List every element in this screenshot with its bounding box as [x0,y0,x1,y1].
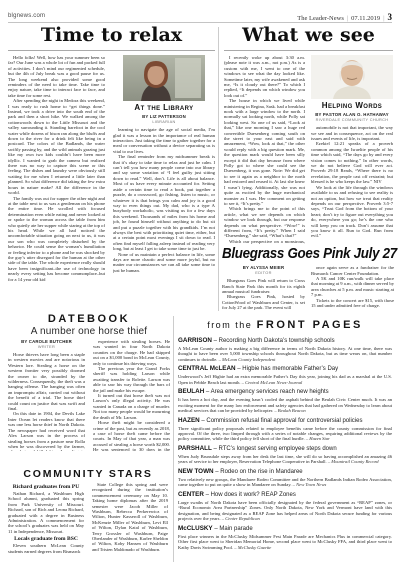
community-stars-section: COMMUNITY STARS Richard graduates from P… [8,468,168,566]
front-pages-headline: Main parade [219,526,252,532]
article-column: At the Library BY LIZ PATTERSON LIBRARIA… [113,55,215,311]
section-title: DATEBOOK [8,313,170,325]
front-pages-source: – Mountrail County Record [328,459,379,464]
front-pages-item: CENTER – How does it work? REAP Zones La… [178,491,392,521]
article-column: experience with stealing horses. He was … [93,339,170,451]
paragraph: The final reminder from my midsummer bre… [113,154,215,251]
front-pages-town: HAZEN [178,417,200,424]
front-pages-body: First place winners in the McClusky Mids… [178,534,392,550]
dash: – [214,338,217,344]
front-pages-body: Large swaths of North Dakota have been o… [178,500,392,521]
article-column-text: Horse thieves have long been a staple in… [8,352,85,451]
front-pages-title: FRONT PAGES [257,319,363,331]
paper-name: The Leader-News [297,15,344,22]
paragraph: The previous year the Grand Forks sherif… [93,366,170,393]
paragraph: We look at the life through the windows … [311,185,393,239]
section-title: from the FRONT PAGES [178,315,392,333]
front-pages-item: NEW TOWN – Rodeo on the rise in Mandaree… [178,468,392,488]
front-pages-town: CENTRAL McLEAN [178,365,236,372]
paragraph: experience with stealing horses. He was … [93,339,170,366]
front-pages-source: – McClusky Gazette [234,545,271,550]
byline-role: RIVERDALE COMMUNITY CHURCH [311,117,393,122]
front-pages-item: BEULAH – Area emergency services reach n… [178,388,392,413]
front-pages-section: from the FRONT PAGES GARRISON – Recordin… [178,315,392,563]
byline-role: WRITER [8,344,85,349]
what-we-see-article: What we see I recently woke up about 3:3… [224,26,393,245]
paragraph: Bluegrass Goes Pink will return to Cross… [222,278,305,294]
article-column-text: automobile is not that important, the wa… [311,125,393,239]
story-subhead: Richard graduates from PU [8,484,84,490]
paragraph: Bluegrass Goes Pink, hosted by CottonWoo… [222,294,305,310]
issue-line: The Leader-News|07.11.2019|3 [297,12,392,22]
dash: – [215,469,218,475]
front-pages-item: GARRISON – Recording North Dakota’s town… [178,337,392,362]
column-divider [173,316,174,562]
article-column-text: Nathan Richard, a Washburn High School a… [8,491,84,534]
article-column-text: Eleven southern McLean County students e… [8,543,84,554]
paragraph: learning to navigate the age of social m… [113,127,215,154]
front-pages-source: – Hazen Star [306,436,330,441]
front-pages-source: – Beulah Beacon [274,408,305,413]
dash: – [206,492,209,498]
front-pages-town: NEW TOWN [178,468,214,475]
datebook-subtitle: A number one horse thief [8,326,170,337]
newspaper-page: blgnews.com The Leader-News|07.11.2019|3… [0,0,400,567]
kicker-helping-words: Helping Words [311,102,393,111]
front-pages-source: – Center Republican [222,516,260,521]
front-pages-town: PARSHALL [178,445,212,452]
byline-role: LIBRARIAN [113,119,215,124]
article-headline: Time to relax [8,26,215,46]
paragraph: automobile is not that important, the wa… [311,125,393,141]
paragraph: It turned out that horse theft was not L… [93,393,170,420]
kicker-at-the-library: At the Library [113,104,215,113]
column-divider [218,27,219,311]
paragraph: Hello folks! Well, how has your summer b… [8,55,105,98]
separator: | [347,15,348,22]
front-pages-headline: Higbie has memorable Father’s Day [242,366,338,372]
article-column: Richard graduates from PU Nathan Richard… [8,482,84,566]
dash: – [214,526,217,532]
article-column: I recently woke up about 3:30 a.m. (plea… [224,55,305,245]
dash: – [201,418,204,424]
paragraph: Which brings me to the point of this art… [224,206,305,238]
front-pages-body: Three significant policy proposals relat… [178,426,392,442]
datebook-section: DATEBOOK A number one horse thief BY CAR… [8,313,170,451]
paragraph: Nathan Richard, a Washburn High School a… [8,491,84,534]
dash: – [214,446,217,452]
article-column: State College this spring and were recog… [92,482,168,566]
article-column-text: learning to navigate the age of social m… [113,127,215,273]
paragraph: Which our perspective on a monstrous, ho… [224,239,305,245]
paragraph: Horse thieves have long been a staple in… [8,352,85,411]
front-pages-source: – New Town News [293,482,327,487]
time-to-relax-article: Time to relax Hello folks! Well, how has… [8,26,215,311]
paragraph: Tickets to the concert are $15, with tho… [311,298,394,309]
paragraph: The family was out for supper the other … [8,196,105,283]
article-column: Helping Words BY PASTOR ALAN O. HATHAWAY… [311,55,393,245]
front-pages-item: HAZEN – Commission refusal final approva… [178,417,392,442]
paragraph: After spending the night in Medora this … [8,98,105,195]
front-pages-source: – McLean County Independent [219,357,276,362]
front-pages-headline: Commission refusal final approval for co… [206,418,362,424]
front-pages-item: CENTRAL McLEAN – Higbie has memorable Fa… [178,365,392,385]
front-pages-headline: Area emergency services reach new height… [211,389,329,395]
pastor-photo [311,55,393,99]
headline-rule [224,50,393,51]
front-pages-town: GARRISON [178,337,212,344]
paragraph: A 5K and 10K run/walk will take place th… [311,276,394,298]
issue-date: 07.11.2019 [351,15,380,22]
story-subhead: Locals graduate from BSC [8,536,84,542]
header-rule [8,22,392,23]
site-url: blgnews.com [8,13,45,19]
paragraph: once again serve as a fundraiser for the… [311,265,394,276]
paragraph: I recently woke up about 3:30 a.m. (plea… [224,55,305,98]
article-column: Hello folks! Well, how has your summer b… [8,55,105,311]
paragraph: The house in which we lived while minist… [224,98,305,206]
article-column-text: Bluegrass Goes Pink will return to Cross… [222,278,305,310]
front-pages-body: A McLean County author is making a big d… [178,346,392,362]
paragraph: On this date in 1904, the Devils Lake In… [8,411,85,451]
front-pages-source: – Central McLean News-Journal [242,380,303,385]
front-pages-headline: Recording North Dakota’s township school… [219,338,335,344]
front-pages-headline: How does it work? REAP Zones [211,492,296,498]
headline-rule [8,50,215,51]
paragraph: Ezekiel 12:21 speaks of a proverb common… [311,141,393,184]
columnist-photo [113,55,215,101]
separator: | [383,15,384,22]
paragraph: Eleven southern McLean County students e… [8,543,84,554]
article-column: BY CAROLE BUTCHER WRITER Horse thieves h… [8,339,85,451]
front-pages-town: McCLUSKY [178,525,213,532]
front-pages-headline: Rodeo on the rise in Mandaree [220,469,302,475]
front-pages-item: PARSHALL – RTC’s longest serving employe… [178,445,392,465]
article-headline: What we see [224,26,393,46]
dash: – [237,366,240,372]
paragraph: Horse theft might be considered a crime … [93,420,170,451]
front-pages-body: Two relatively new groups, the Mandaree … [178,477,392,487]
paragraph: None of us maintain a perfect balance in… [113,252,215,274]
front-pages-town: BEULAH [178,388,204,395]
dash: – [206,389,209,395]
article-headline: Bluegrass Goes Pink July 27 [222,247,380,262]
front-pages-item: McCLUSKY – Main parade First place winne… [178,525,392,550]
front-pages-title-prefix: from the [207,320,252,330]
page-number: 3 [388,12,393,22]
section-title: COMMUNITY STARS [8,468,168,480]
front-pages-town: CENTER [178,491,204,498]
byline-role: EDITOR [222,270,305,275]
paragraph: State College this spring and were recog… [92,482,168,552]
front-pages-headline: RTC’s longest serving employee steps dow… [219,446,337,452]
